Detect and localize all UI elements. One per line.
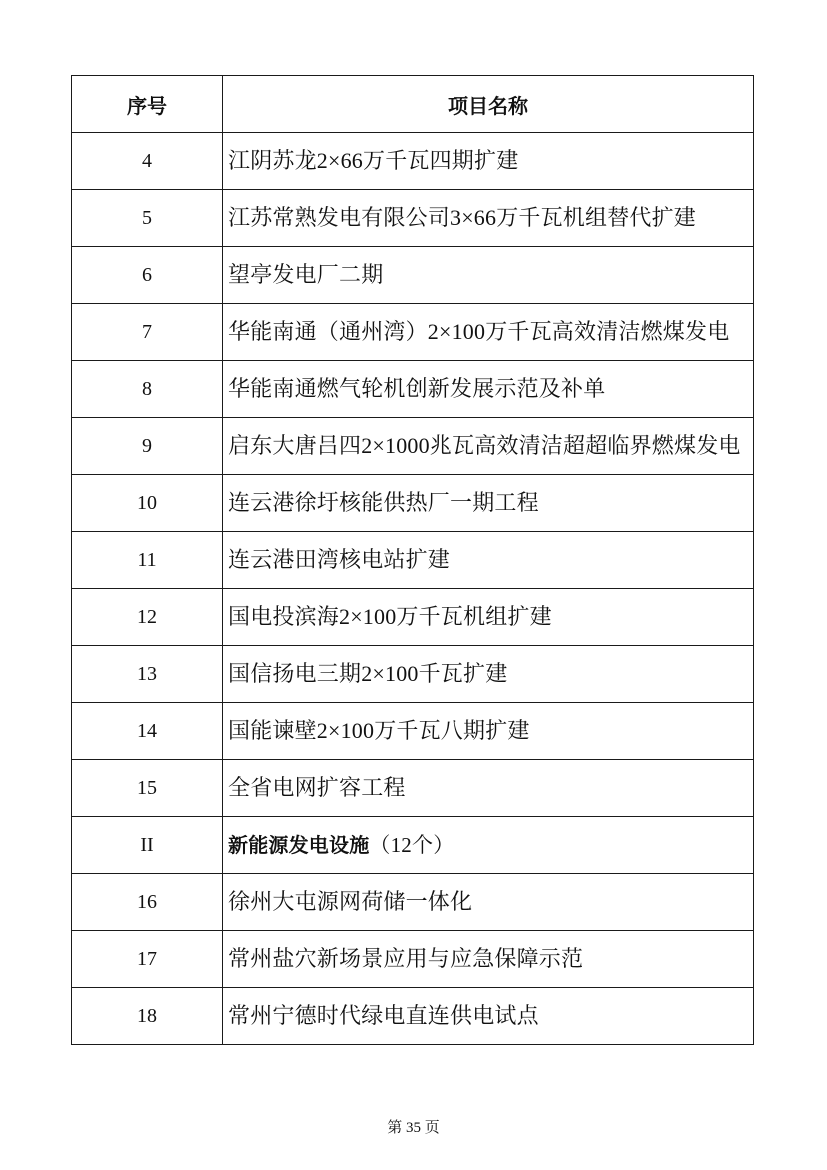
row-project-name: 江苏常熟发电有限公司3×66万千瓦机组替代扩建	[223, 190, 754, 247]
header-index: 序号	[72, 76, 223, 133]
table-header-row: 序号 项目名称	[72, 76, 754, 133]
row-project-name: 国能谏壁2×100万千瓦八期扩建	[223, 703, 754, 760]
row-project-name: 连云港田湾核电站扩建	[223, 532, 754, 589]
row-index: 5	[72, 190, 223, 247]
row-project-name: 常州宁德时代绿电直连供电试点	[223, 988, 754, 1045]
table-row: 5 江苏常熟发电有限公司3×66万千瓦机组替代扩建	[72, 190, 754, 247]
row-project-name: 徐州大屯源网荷储一体化	[223, 874, 754, 931]
row-index: 12	[72, 589, 223, 646]
row-project-name: 望亭发电厂二期	[223, 247, 754, 304]
project-table: 序号 项目名称 4 江阴苏龙2×66万千瓦四期扩建 5 江苏常熟发电有限公司3×…	[71, 75, 754, 1045]
row-index: 16	[72, 874, 223, 931]
table-row: 14 国能谏壁2×100万千瓦八期扩建	[72, 703, 754, 760]
row-project-name: 国电投滨海2×100万千瓦机组扩建	[223, 589, 754, 646]
row-index: 9	[72, 418, 223, 475]
table-row: 7 华能南通（通州湾）2×100万千瓦高效清洁燃煤发电	[72, 304, 754, 361]
row-project-name: 启东大唐吕四2×1000兆瓦高效清洁超超临界燃煤发电	[223, 418, 754, 475]
row-project-name: 国信扬电三期2×100千瓦扩建	[223, 646, 754, 703]
header-project-name: 项目名称	[223, 76, 754, 133]
row-index: 13	[72, 646, 223, 703]
table-row: 10 连云港徐圩核能供热厂一期工程	[72, 475, 754, 532]
table-row: 12 国电投滨海2×100万千瓦机组扩建	[72, 589, 754, 646]
row-project-name: 江阴苏龙2×66万千瓦四期扩建	[223, 133, 754, 190]
page-number: 第 35 页	[0, 1116, 827, 1137]
row-index: 18	[72, 988, 223, 1045]
row-index: 4	[72, 133, 223, 190]
table-row: 8 华能南通燃气轮机创新发展示范及补单	[72, 361, 754, 418]
table-row: 9 启东大唐吕四2×1000兆瓦高效清洁超超临界燃煤发电	[72, 418, 754, 475]
section-title-cell: 新能源发电设施（12个）	[223, 817, 754, 874]
table-row: 11 连云港田湾核电站扩建	[72, 532, 754, 589]
table-row: 4 江阴苏龙2×66万千瓦四期扩建	[72, 133, 754, 190]
row-index: 11	[72, 532, 223, 589]
table-row: 18 常州宁德时代绿电直连供电试点	[72, 988, 754, 1045]
row-index: 15	[72, 760, 223, 817]
section-row: II 新能源发电设施（12个）	[72, 817, 754, 874]
section-title: 新能源发电设施	[228, 833, 369, 857]
row-project-name: 华能南通（通州湾）2×100万千瓦高效清洁燃煤发电	[223, 304, 754, 361]
table-row: 15 全省电网扩容工程	[72, 760, 754, 817]
row-index: 14	[72, 703, 223, 760]
table-row: 6 望亭发电厂二期	[72, 247, 754, 304]
table-row: 16 徐州大屯源网荷储一体化	[72, 874, 754, 931]
row-index: 7	[72, 304, 223, 361]
row-index: 8	[72, 361, 223, 418]
row-index: 10	[72, 475, 223, 532]
row-project-name: 华能南通燃气轮机创新发展示范及补单	[223, 361, 754, 418]
section-count: （12个）	[369, 833, 454, 857]
row-project-name: 常州盐穴新场景应用与应急保障示范	[223, 931, 754, 988]
row-index: 6	[72, 247, 223, 304]
table-row: 17 常州盐穴新场景应用与应急保障示范	[72, 931, 754, 988]
row-project-name: 连云港徐圩核能供热厂一期工程	[223, 475, 754, 532]
table-row: 13 国信扬电三期2×100千瓦扩建	[72, 646, 754, 703]
row-project-name: 全省电网扩容工程	[223, 760, 754, 817]
section-index: II	[72, 817, 223, 874]
row-index: 17	[72, 931, 223, 988]
